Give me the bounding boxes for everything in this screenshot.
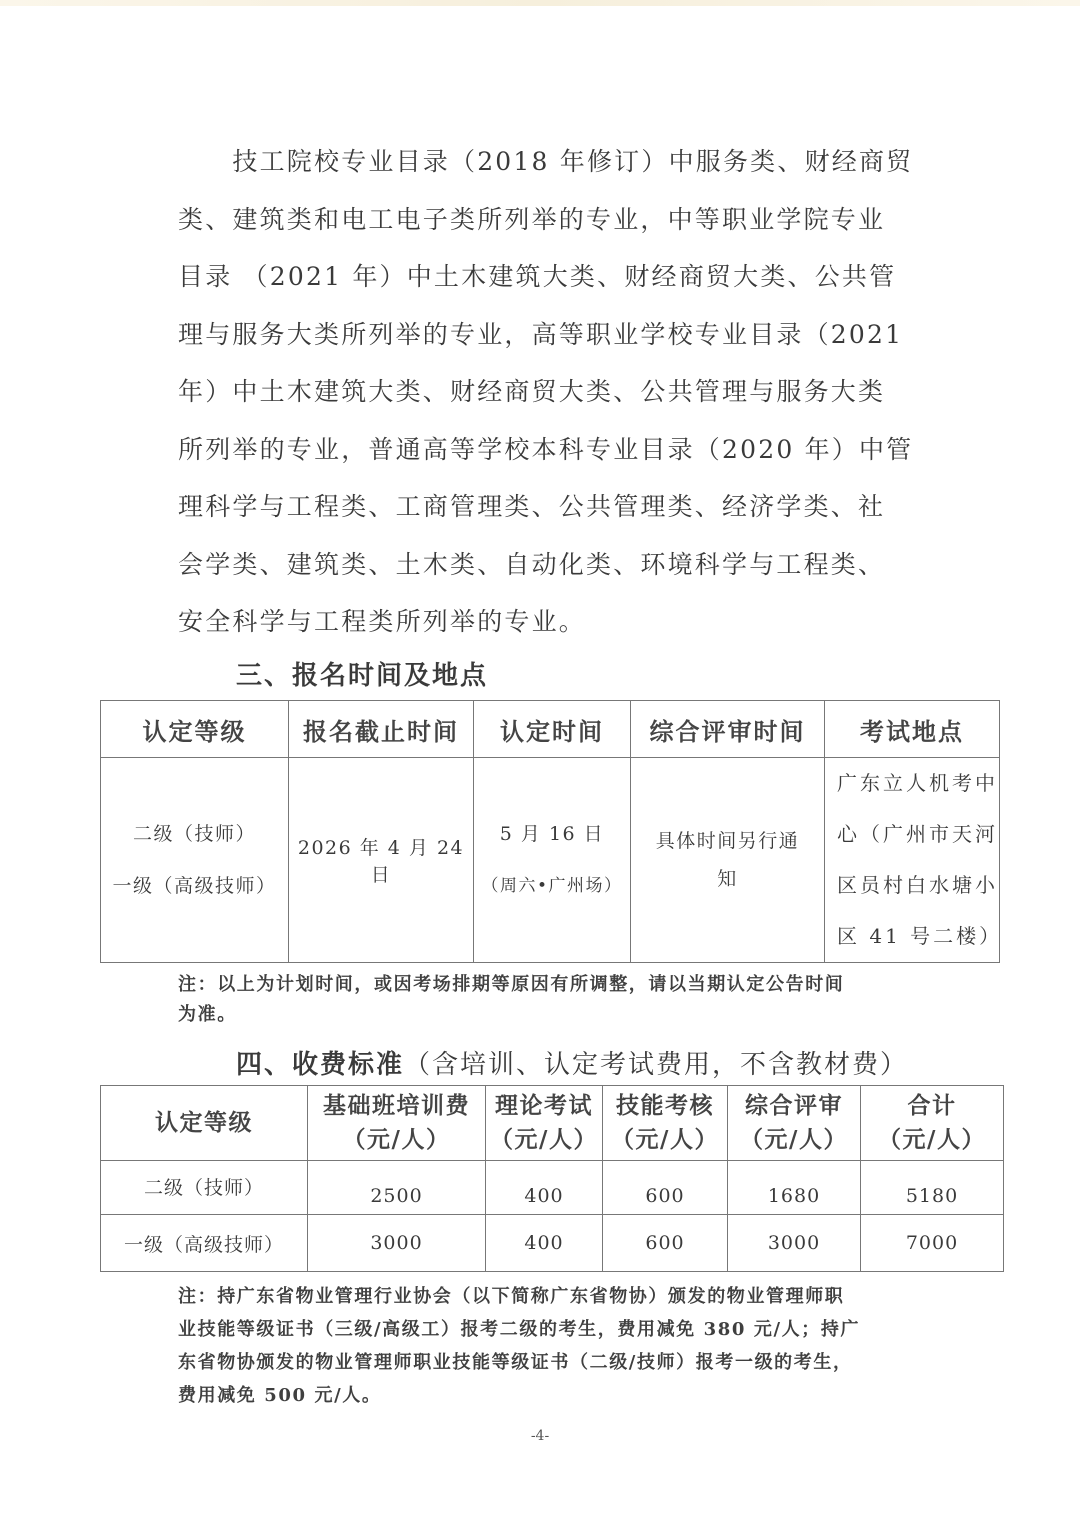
header-location: 考试地点 bbox=[825, 701, 1000, 758]
cell-review: 3000 bbox=[728, 1215, 861, 1272]
cell-review-time: 具体时间另行通 知 bbox=[631, 758, 825, 963]
header-review-time: 综合评审时间 bbox=[631, 701, 825, 758]
cell-theory: 400 bbox=[486, 1215, 603, 1272]
paragraph-line: 安全科学与工程类所列举的专业。 bbox=[178, 593, 938, 651]
paragraph-line: 理科学与工程类、工商管理类、公共管理类、经济学类、社 bbox=[178, 478, 938, 536]
cell-level: 二级（技师） bbox=[101, 1161, 308, 1215]
table-header-row: 认定等级 报名截止时间 认定时间 综合评审时间 考试地点 bbox=[101, 701, 1000, 758]
paragraph-line: 技工院校专业目录（2018 年修订）中服务类、财经商贸 bbox=[178, 133, 938, 191]
header-total: 合计 （元/人） bbox=[861, 1086, 1004, 1161]
header-deadline: 报名截止时间 bbox=[289, 701, 474, 758]
table-row: 一级（高级技师） 3000 400 600 3000 7000 bbox=[101, 1215, 1004, 1272]
section4-note: 注：持广东省物业管理行业协会（以下简称广东省物协）颁发的物业管理师职 业技能等级… bbox=[178, 1280, 938, 1412]
header-training-fee: 基础班培训费 （元/人） bbox=[308, 1086, 486, 1161]
header-level: 认定等级 bbox=[101, 701, 289, 758]
cell-theory: 400 bbox=[486, 1161, 603, 1215]
paragraph-line: 所列举的专业，普通高等学校本科专业目录（2020 年）中管 bbox=[178, 421, 938, 479]
header-level: 认定等级 bbox=[101, 1086, 308, 1161]
table-header-row: 认定等级 基础班培训费 （元/人） 理论考试 （元/人） 技能考核 （元/人） … bbox=[101, 1086, 1004, 1161]
cell-location: 广东立人机考中 心（广州市天河 区员村白水塘小 区 41 号二楼） bbox=[825, 758, 1000, 963]
section3-note: 注：以上为计划时间，或因考场排期等原因有所调整，请以当期认定公告时间 为准。 bbox=[178, 970, 938, 1030]
section4-heading-sub: （含培训、认定考试费用，不含教材费） bbox=[404, 1050, 908, 1080]
cell-deadline: 2026 年 4 月 24 日 bbox=[289, 758, 474, 963]
cell-training: 3000 bbox=[308, 1215, 486, 1272]
table-row: 二级（技师） 一级（高级技师） 2026 年 4 月 24 日 5 月 16 日… bbox=[101, 758, 1000, 963]
cell-levels: 二级（技师） 一级（高级技师） bbox=[101, 758, 289, 963]
section4-heading: 四、收费标准（含培训、认定考试费用，不含教材费） bbox=[236, 1044, 908, 1081]
header-exam-date: 认定时间 bbox=[474, 701, 631, 758]
registration-table: 认定等级 报名截止时间 认定时间 综合评审时间 考试地点 二级（技师） 一级（高… bbox=[100, 700, 1000, 963]
cell-exam-date: 5 月 16 日 （周六•广州场） bbox=[474, 758, 631, 963]
paragraph-line: 年）中土木建筑大类、财经商贸大类、公共管理与服务大类 bbox=[178, 363, 938, 421]
cell-level: 一级（高级技师） bbox=[101, 1215, 308, 1272]
cell-total: 5180 bbox=[861, 1161, 1004, 1215]
fee-table: 认定等级 基础班培训费 （元/人） 理论考试 （元/人） 技能考核 （元/人） … bbox=[100, 1085, 1004, 1272]
header-skill-assessment: 技能考核 （元/人） bbox=[603, 1086, 728, 1161]
paragraph-line: 会学类、建筑类、土木类、自动化类、环境科学与工程类、 bbox=[178, 536, 938, 594]
page-number: -4- bbox=[0, 1428, 1080, 1444]
cell-review: 1680 bbox=[728, 1161, 861, 1215]
table-row: 二级（技师） 2500 400 600 1680 5180 bbox=[101, 1161, 1004, 1215]
header-theory-exam: 理论考试 （元/人） bbox=[486, 1086, 603, 1161]
cell-skill: 600 bbox=[603, 1215, 728, 1272]
scan-edge bbox=[0, 0, 1080, 6]
body-paragraph: 技工院校专业目录（2018 年修订）中服务类、财经商贸 类、建筑类和电工电子类所… bbox=[178, 133, 938, 651]
cell-training: 2500 bbox=[308, 1161, 486, 1215]
paragraph-line: 目录 （2021 年）中土木建筑大类、财经商贸大类、公共管 bbox=[178, 248, 938, 306]
cell-skill: 600 bbox=[603, 1161, 728, 1215]
cell-total: 7000 bbox=[861, 1215, 1004, 1272]
paragraph-line: 理与服务大类所列举的专业，高等职业学校专业目录（2021 bbox=[178, 306, 938, 364]
header-comprehensive-review: 综合评审 （元/人） bbox=[728, 1086, 861, 1161]
paragraph-line: 类、建筑类和电工电子类所列举的专业，中等职业学院专业 bbox=[178, 191, 938, 249]
section3-heading: 三、报名时间及地点 bbox=[236, 655, 488, 692]
